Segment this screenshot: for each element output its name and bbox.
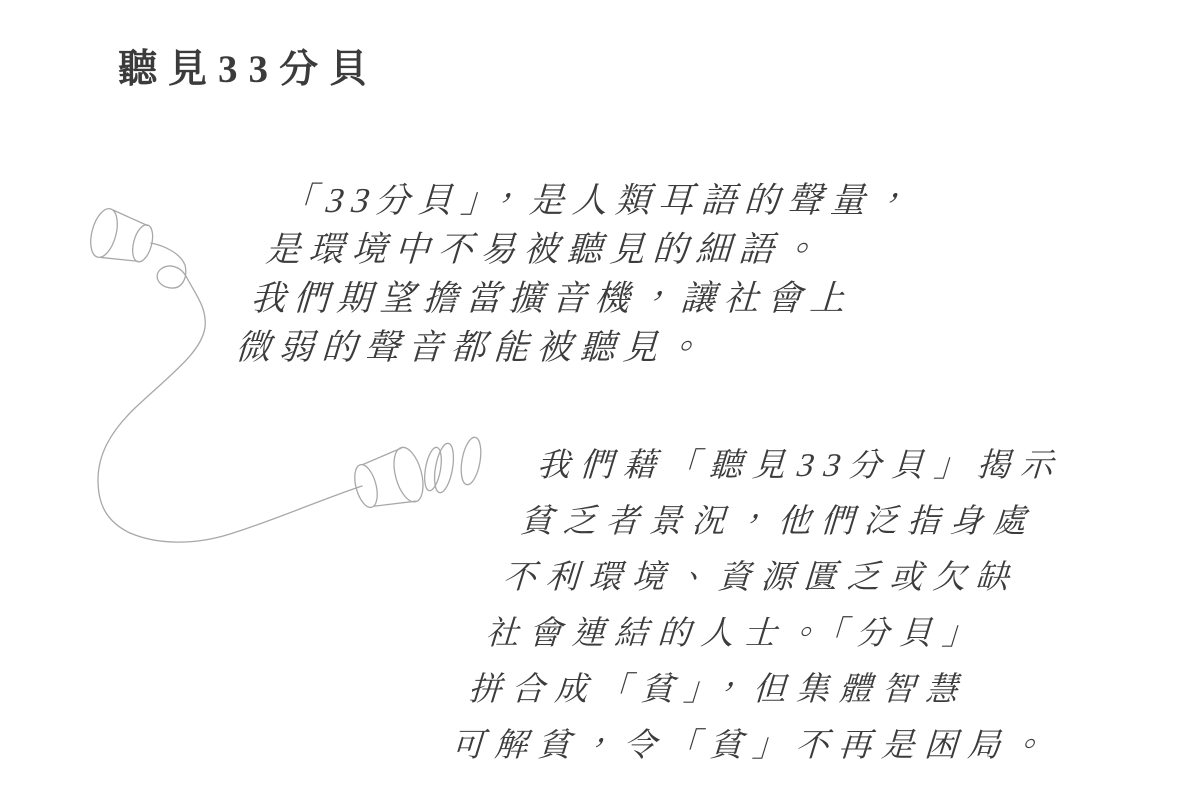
paper-cup-right-icon bbox=[349, 444, 428, 515]
body-paragraph: 我們藉「聽見33分貝」揭示 貧乏者景況，他們泛指身處 不利環境、資源匱乏或欠缺 … bbox=[445, 438, 1150, 774]
body-line: 可解貧，令「貧」不再是困局。 bbox=[445, 718, 1064, 774]
intro-line: 我們期望擔當擴音機，讓社會上 bbox=[246, 274, 896, 323]
body-line: 社會連結的人士。「分貝」 bbox=[480, 606, 1099, 662]
intro-line: 「33分貝」，是人類耳語的聲量， bbox=[276, 176, 926, 225]
intro-line: 微弱的聲音都能被聽見。 bbox=[231, 323, 881, 372]
body-line: 不利環境、資源匱乏或欠缺 bbox=[497, 550, 1116, 606]
sound-waves-icon bbox=[422, 436, 484, 494]
intro-line: 是環境中不易被聽見的細語。 bbox=[261, 225, 911, 274]
body-line: 貧乏者景況，他們泛指身處 bbox=[514, 494, 1133, 550]
body-line: 我們藉「聽見33分貝」揭示 bbox=[531, 438, 1150, 494]
page: 聽見33分貝 bbox=[0, 0, 1200, 798]
intro-paragraph: 「33分貝」，是人類耳語的聲量， 是環境中不易被聽見的細語。 我們期望擔當擴音機… bbox=[231, 176, 926, 372]
paper-cup-left-icon bbox=[86, 206, 158, 270]
body-line: 拼合成「貧」，但集體智慧 bbox=[462, 662, 1081, 718]
page-title: 聽見33分貝 bbox=[118, 38, 379, 94]
